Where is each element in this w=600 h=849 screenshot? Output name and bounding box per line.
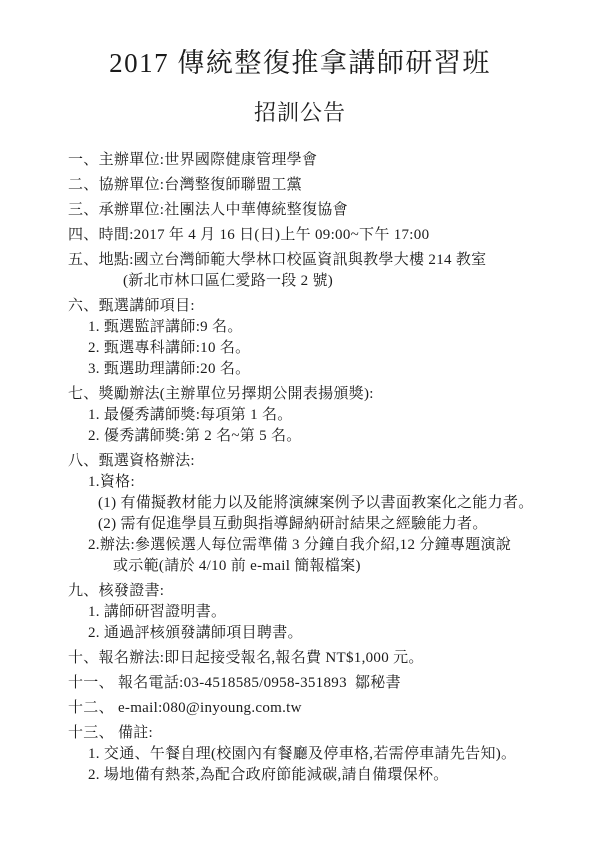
item-number: 十、 <box>68 650 99 666</box>
doc-subitem: 1. 甄選監評講師:9 名。 <box>88 317 576 337</box>
doc-subitem: 2. 通過評核頒發講師項目聘書。 <box>88 623 576 643</box>
doc-item: 十二、 e-mail:080@inyoung.com.tw <box>68 698 576 718</box>
doc-subitem: 1. 講師研習證明書。 <box>88 602 576 622</box>
item-text: 核發證書: <box>99 583 165 599</box>
item-text: 備註: <box>114 725 153 741</box>
item-number: 八、 <box>68 453 99 469</box>
item-text: 承辦單位:社團法人中華傳統整復協會 <box>99 202 348 218</box>
item-text: e-mail:080@inyoung.com.tw <box>114 700 302 716</box>
doc-subitem: 1. 最優秀講師獎:每項第 1 名。 <box>88 405 576 425</box>
item-text: 報名辦法:即日起接受報名,報名費 NT$1,000 元。 <box>99 650 424 666</box>
doc-subitem: 1.資格: <box>88 472 576 492</box>
doc-subitem: (2) 需有促進學員互動與指導歸納研討結果之經驗能力者。 <box>98 514 576 534</box>
doc-subitem: (新北市林口區仁愛路一段 2 號) <box>123 271 576 291</box>
doc-item: 十、報名辦法:即日起接受報名,報名費 NT$1,000 元。 <box>68 648 576 668</box>
item-number: 十一、 <box>68 675 114 691</box>
doc-item: 七、獎勵辦法(主辦單位另擇期公開表揚頒獎): <box>68 384 576 404</box>
doc-item: 一、主辦單位:世界國際健康管理學會 <box>68 150 576 170</box>
doc-item: 三、承辦單位:社團法人中華傳統整復協會 <box>68 200 576 220</box>
item-text: 獎勵辦法(主辦單位另擇期公開表揚頒獎): <box>99 386 374 402</box>
item-text: 報名電話:03-4518585/0958-351893 鄒秘書 <box>114 675 401 691</box>
item-number: 五、 <box>68 252 99 268</box>
item-text: 協辦單位:台灣整復師聯盟工黨 <box>99 177 302 193</box>
doc-subitem: 2. 甄選專科講師:10 名。 <box>88 338 576 358</box>
doc-item: 六、甄選講師項目: <box>68 296 576 316</box>
item-number: 七、 <box>68 386 99 402</box>
document-subtitle: 招訓公告 <box>0 98 600 128</box>
item-number: 四、 <box>68 227 99 243</box>
doc-item: 五、地點:國立台灣師範大學林口校區資訊與教學大樓 214 教室 <box>68 250 576 270</box>
doc-item: 四、時間:2017 年 4 月 16 日(日)上午 09:00~下午 17:00 <box>68 225 576 245</box>
document-body: 一、主辦單位:世界國際健康管理學會二、協辦單位:台灣整復師聯盟工黨三、承辦單位:… <box>68 150 576 785</box>
doc-item: 九、核發證書: <box>68 581 576 601</box>
doc-subitem: 或示範(請於 4/10 前 e-mail 簡報檔案) <box>113 556 576 576</box>
item-number: 二、 <box>68 177 99 193</box>
item-number: 十三、 <box>68 725 114 741</box>
doc-subitem: 2. 優秀講師獎:第 2 名~第 5 名。 <box>88 426 576 446</box>
doc-item: 二、協辦單位:台灣整復師聯盟工黨 <box>68 175 576 195</box>
doc-subitem: 3. 甄選助理講師:20 名。 <box>88 359 576 379</box>
item-number: 六、 <box>68 298 99 314</box>
doc-item: 八、甄選資格辦法: <box>68 451 576 471</box>
item-number: 三、 <box>68 202 99 218</box>
item-number: 十二、 <box>68 700 114 716</box>
doc-subitem: 2.辦法:參選候選人每位需準備 3 分鐘自我介紹,12 分鐘專題演說 <box>88 535 576 555</box>
item-text: 時間:2017 年 4 月 16 日(日)上午 09:00~下午 17:00 <box>99 227 430 243</box>
doc-subitem: (1) 有備擬教材能力以及能將演練案例予以書面教案化之能力者。 <box>98 493 576 513</box>
item-number: 九、 <box>68 583 99 599</box>
doc-subitem: 1. 交通、午餐自理(校園內有餐廳及停車格,若需停車請先告知)。 <box>88 744 576 764</box>
item-number: 一、 <box>68 152 99 168</box>
doc-item: 十一、 報名電話:03-4518585/0958-351893 鄒秘書 <box>68 673 576 693</box>
item-text: 甄選講師項目: <box>99 298 195 314</box>
document-title: 2017 傳統整復推拿講師研習班 <box>0 0 600 82</box>
item-text: 甄選資格辦法: <box>99 453 195 469</box>
item-text: 主辦單位:世界國際健康管理學會 <box>99 152 318 168</box>
doc-item: 十三、 備註: <box>68 723 576 743</box>
document-page: 2017 傳統整復推拿講師研習班 招訓公告 一、主辦單位:世界國際健康管理學會二… <box>0 0 600 849</box>
item-text: 地點:國立台灣師範大學林口校區資訊與教學大樓 214 教室 <box>99 252 487 268</box>
doc-subitem: 2. 場地備有熱茶,為配合政府節能減碳,請自備環保杯。 <box>88 765 576 785</box>
